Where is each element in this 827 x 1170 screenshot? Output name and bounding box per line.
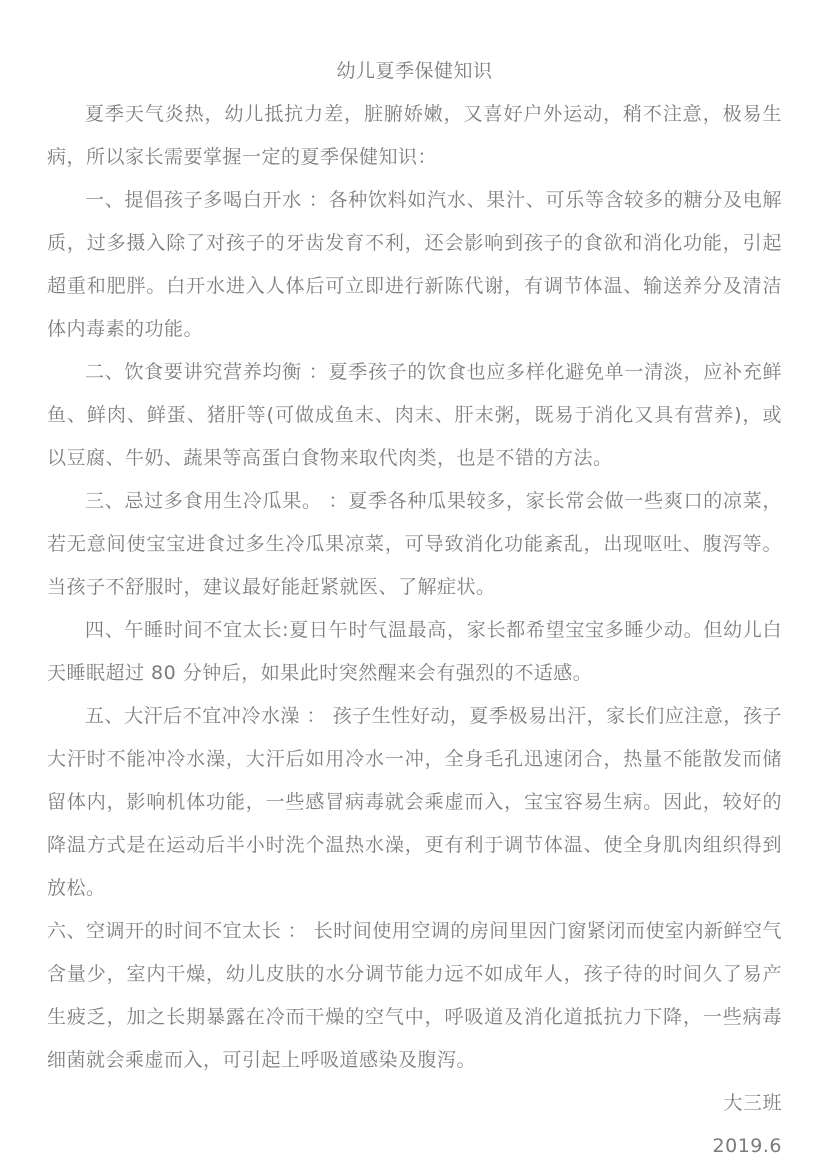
signature-date: 2019.6 xyxy=(47,1125,782,1168)
section-2-balanced-diet-paragraph: 二、饮食要讲究营养均衡 ：夏季孩子的饮食也应多样化避免单一清淡，应补充鲜鱼、鲜肉… xyxy=(47,351,782,480)
signature-class-name: 大三班 xyxy=(47,1082,782,1125)
section-5-cold-shower-paragraph: 五、大汗后不宜冲冷水澡 ： 孩子生性好动，夏季极易出汗，家长们应注意，孩子大汗时… xyxy=(47,695,782,910)
section-1-drink-water-paragraph: 一、提倡孩子多喝白开水 ：各种饮料如汽水、果汁、可乐等含较多的糖分及电解质，过多… xyxy=(47,179,782,351)
document-title: 幼儿夏季保健知识 xyxy=(47,50,782,93)
document-page: 幼儿夏季保健知识 夏季天气炎热，幼儿抵抗力差，脏腑娇嫩，又喜好户外运动，稍不注意… xyxy=(0,0,827,1170)
section-3-raw-cold-fruit-paragraph: 三、忌过多食用生冷瓜果。 ：夏季各种瓜果较多，家长常会做一些爽口的凉菜，若无意间… xyxy=(47,480,782,609)
section-6-air-conditioning-paragraph: 六、空调开的时间不宜太长 ： 长时间使用空调的房间里因门窗紧闭而使室内新鲜空气含… xyxy=(47,910,782,1082)
section-4-nap-time-paragraph: 四、午睡时间不宜太长:夏日午时气温最高，家长都希望宝宝多睡少动。但幼儿白天睡眠超… xyxy=(47,609,782,695)
intro-paragraph: 夏季天气炎热，幼儿抵抗力差，脏腑娇嫩，又喜好户外运动，稍不注意，极易生病，所以家… xyxy=(47,93,782,179)
